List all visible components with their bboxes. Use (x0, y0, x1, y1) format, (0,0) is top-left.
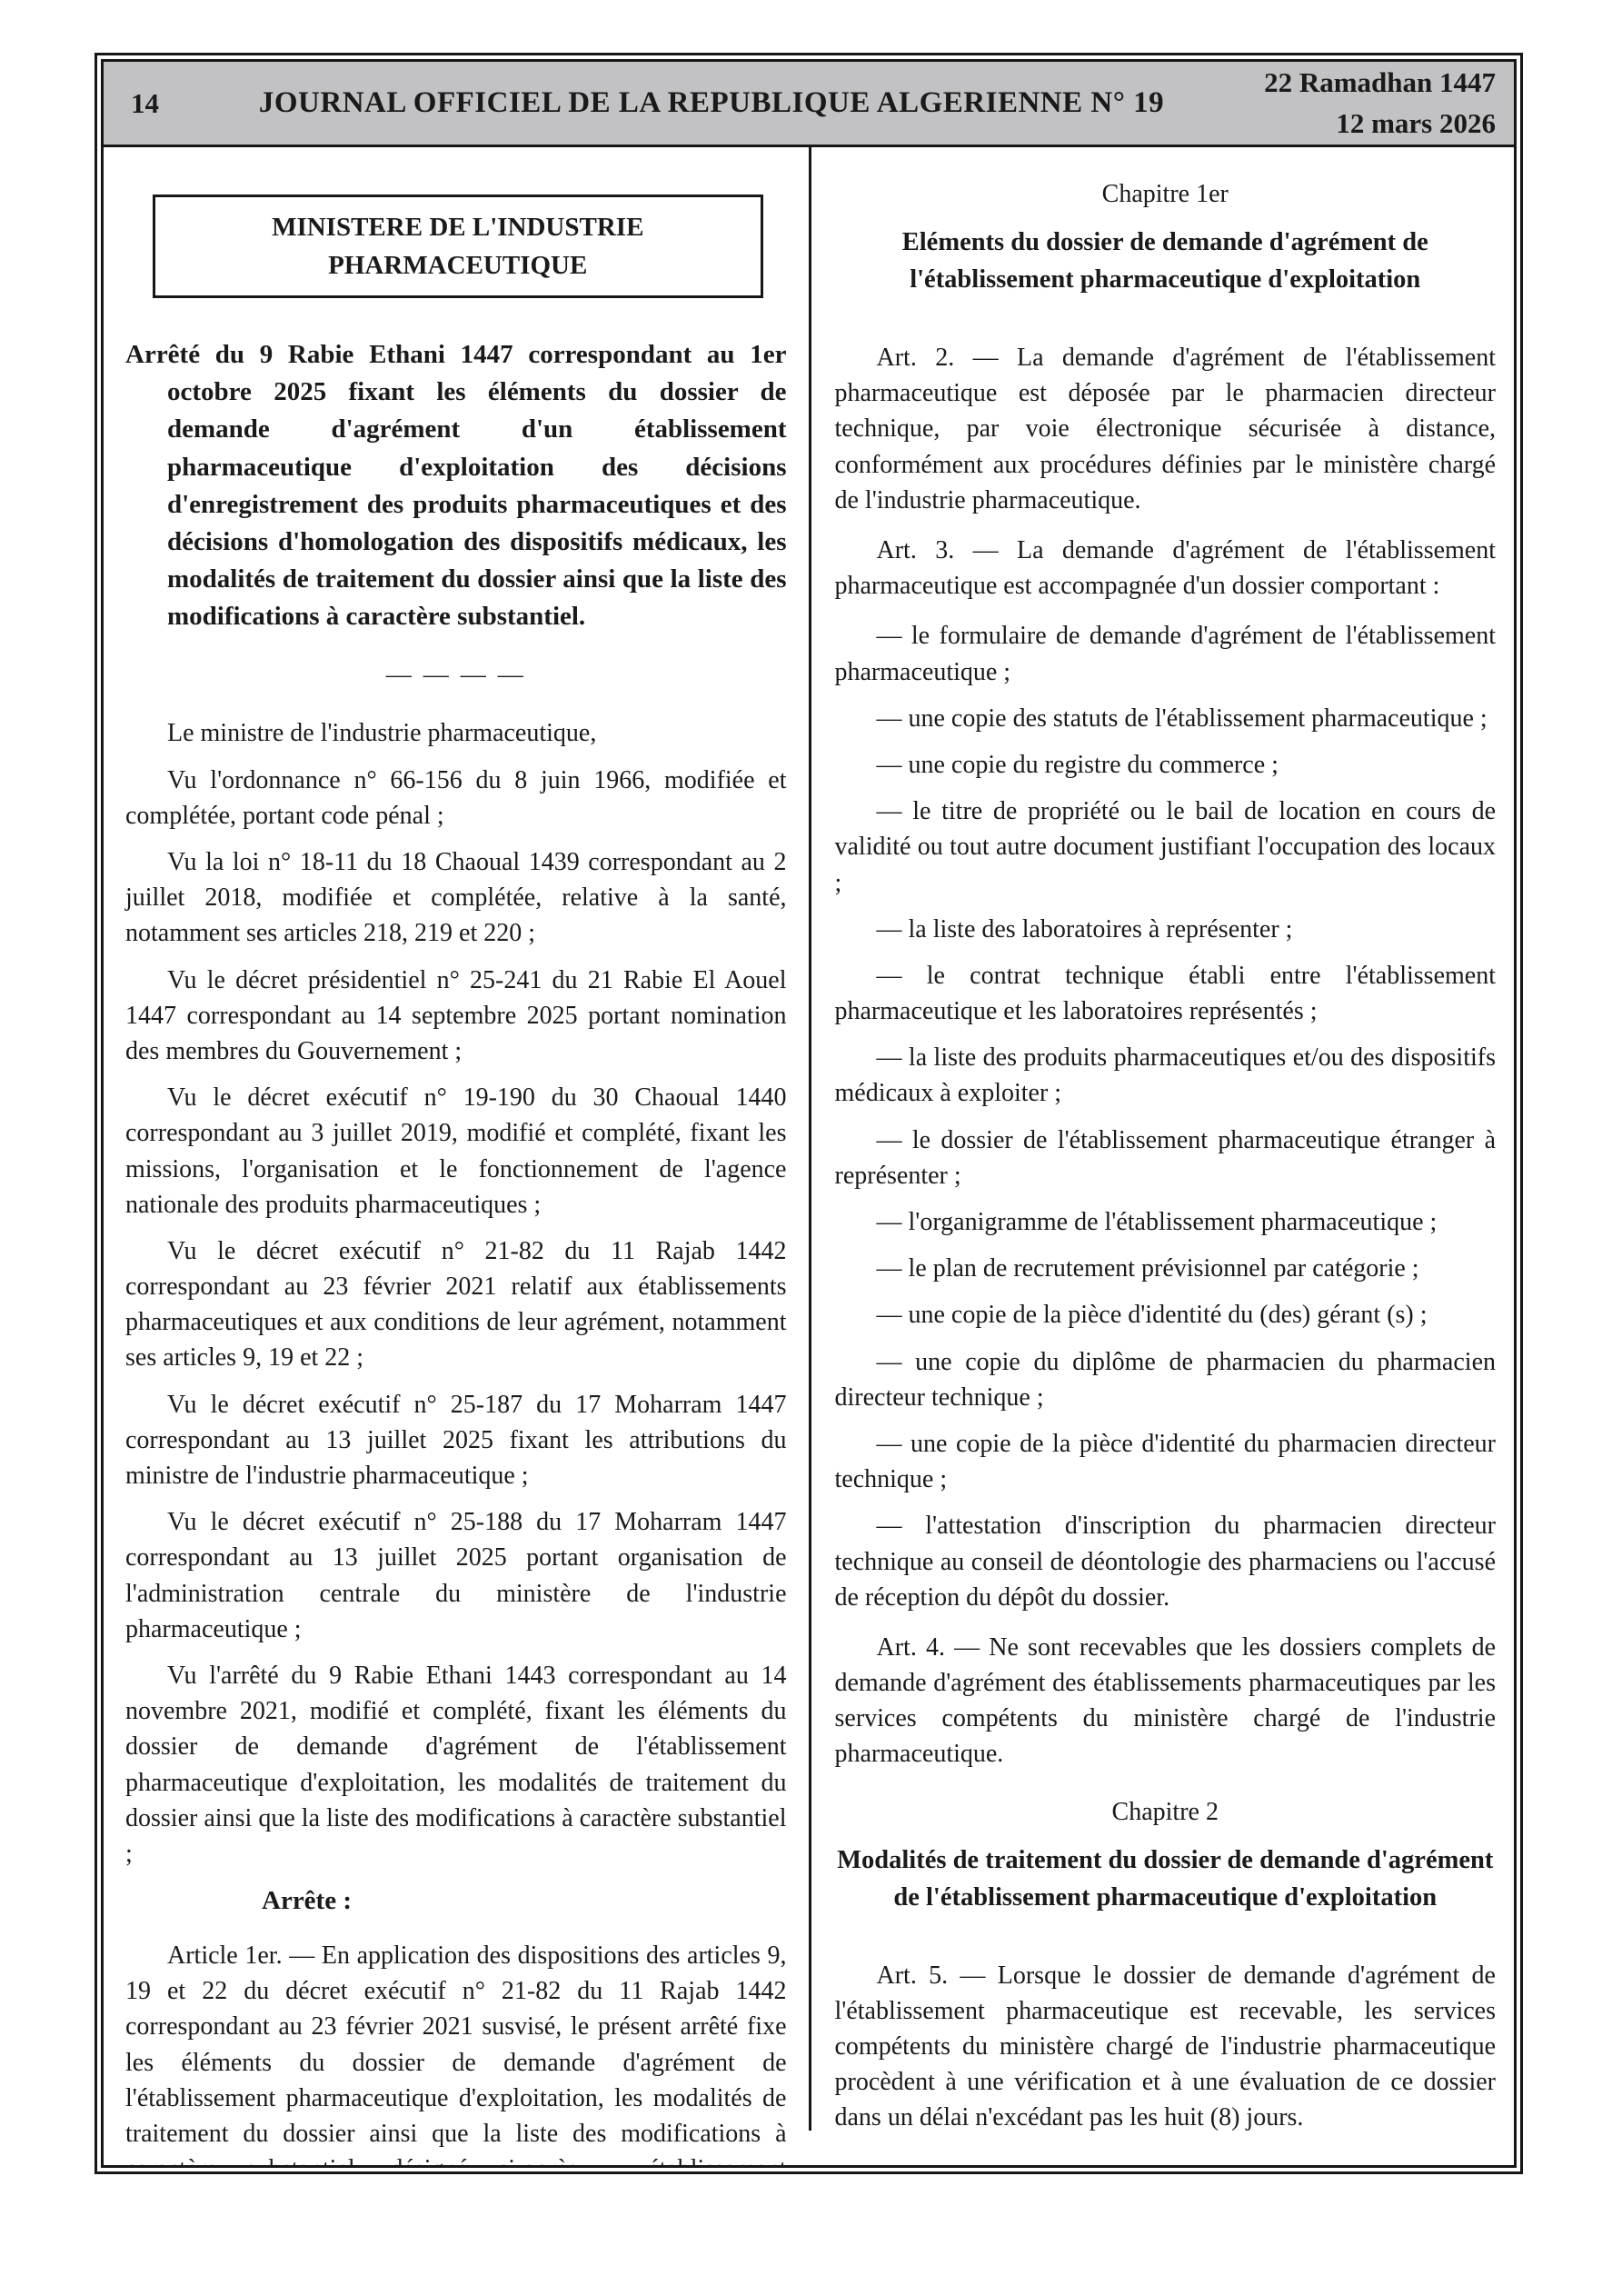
issue-date-gregorian: 12 mars 2026 (1264, 104, 1496, 144)
dossier-item: — l'organigramme de l'établissement phar… (835, 1204, 1497, 1240)
article-4: Art. 4. — Ne sont recevables que les dos… (835, 1630, 1497, 1772)
dossier-item: — une copie du registre du commerce ; (835, 747, 1497, 783)
vu-clause: Vu le décret exécutif n° 25-188 du 17 Mo… (125, 1504, 787, 1647)
dossier-item: — l'attestation d'inscription du pharmac… (835, 1508, 1497, 1615)
dossier-item: — le formulaire de demande d'agrément de… (835, 618, 1497, 689)
journal-page: 14 JOURNAL OFFICIEL DE LA REPUBLIQUE ALG… (0, 0, 1622, 2296)
minister-intro: Le ministre de l'industrie pharmaceutiqu… (125, 715, 787, 751)
chapter-1-title: Eléments du dossier de demande d'agrémen… (835, 224, 1497, 298)
vu-clause: Vu le décret exécutif n° 19-190 du 30 Ch… (125, 1080, 787, 1223)
dossier-item: — une copie de la pièce d'identité du ph… (835, 1426, 1497, 1497)
article-5: Art. 5. — Lorsque le dossier de demande … (835, 1958, 1497, 2136)
dossier-item: — le contrat technique établi entre l'ét… (835, 958, 1497, 1029)
page-frame: 14 JOURNAL OFFICIEL DE LA REPUBLIQUE ALG… (95, 53, 1523, 2174)
arrete-title: Arrêté du 9 Rabie Ethani 1447 correspond… (125, 336, 787, 635)
chapter-1-label: Chapitre 1er (835, 180, 1497, 209)
vu-clause: Vu le décret présidentiel n° 25-241 du 2… (125, 963, 787, 1070)
dossier-item: — le dossier de l'établissement pharmace… (835, 1123, 1497, 1193)
issue-date-hijri: 22 Ramadhan 1447 (1264, 63, 1496, 103)
dossier-item: — la liste des produits pharmaceutiques … (835, 1040, 1497, 1111)
page-content: MINISTERE DE L'INDUSTRIE PHARMACEUTIQUE … (104, 147, 1514, 2165)
vu-clause: Vu l'arrêté du 9 Rabie Ethani 1443 corre… (125, 1658, 787, 1872)
section-separator: — — — — (125, 661, 787, 690)
dossier-item: — le plan de recrutement prévisionnel pa… (835, 1251, 1497, 1286)
journal-title: JOURNAL OFFICIEL DE LA REPUBLIQUE ALGERI… (159, 86, 1264, 120)
article-2: Art. 2. — La demande d'agrément de l'éta… (835, 340, 1497, 518)
vu-clause: Vu le décret exécutif n° 21-82 du 11 Raj… (125, 1233, 787, 1376)
page-number: 14 (131, 87, 159, 120)
dossier-item: — le titre de propriété ou le bail de lo… (835, 794, 1497, 901)
page-frame-inner: 14 JOURNAL OFFICIEL DE LA REPUBLIQUE ALG… (101, 59, 1517, 2168)
article-3: Art. 3. — La demande d'agrément de l'éta… (835, 533, 1497, 604)
vu-clause: Vu le décret exécutif n° 25-187 du 17 Mo… (125, 1387, 787, 1494)
arrete-label: Arrête : (262, 1886, 787, 1916)
vu-clause: Vu l'ordonnance n° 66-156 du 8 juin 1966… (125, 763, 787, 834)
ministry-title-line1: MINISTERE DE L'INDUSTRIE (161, 208, 755, 246)
right-column: Chapitre 1er Eléments du dossier de dema… (811, 147, 1515, 2165)
dossier-item: — une copie des statuts de l'établisseme… (835, 701, 1497, 736)
issue-dates: 22 Ramadhan 1447 12 mars 2026 (1264, 63, 1496, 143)
dossier-item: — la liste des laboratoires à représente… (835, 912, 1497, 947)
dossier-item: — une copie de la pièce d'identité du (d… (835, 1297, 1497, 1333)
left-column: MINISTERE DE L'INDUSTRIE PHARMACEUTIQUE … (104, 147, 809, 2165)
dossier-item: — une copie du diplôme de pharmacien du … (835, 1344, 1497, 1415)
chapter-2-label: Chapitre 2 (835, 1798, 1497, 1827)
ministry-box: MINISTERE DE L'INDUSTRIE PHARMACEUTIQUE (153, 195, 763, 298)
vu-clause: Vu la loi n° 18-11 du 18 Chaoual 1439 co… (125, 844, 787, 952)
article-1: Article 1er. — En application des dispos… (125, 1938, 787, 2165)
ministry-title-line2: PHARMACEUTIQUE (161, 246, 755, 285)
chapter-2-title: Modalités de traitement du dossier de de… (835, 1842, 1497, 1916)
header-bar: 14 JOURNAL OFFICIEL DE LA REPUBLIQUE ALG… (104, 62, 1514, 147)
